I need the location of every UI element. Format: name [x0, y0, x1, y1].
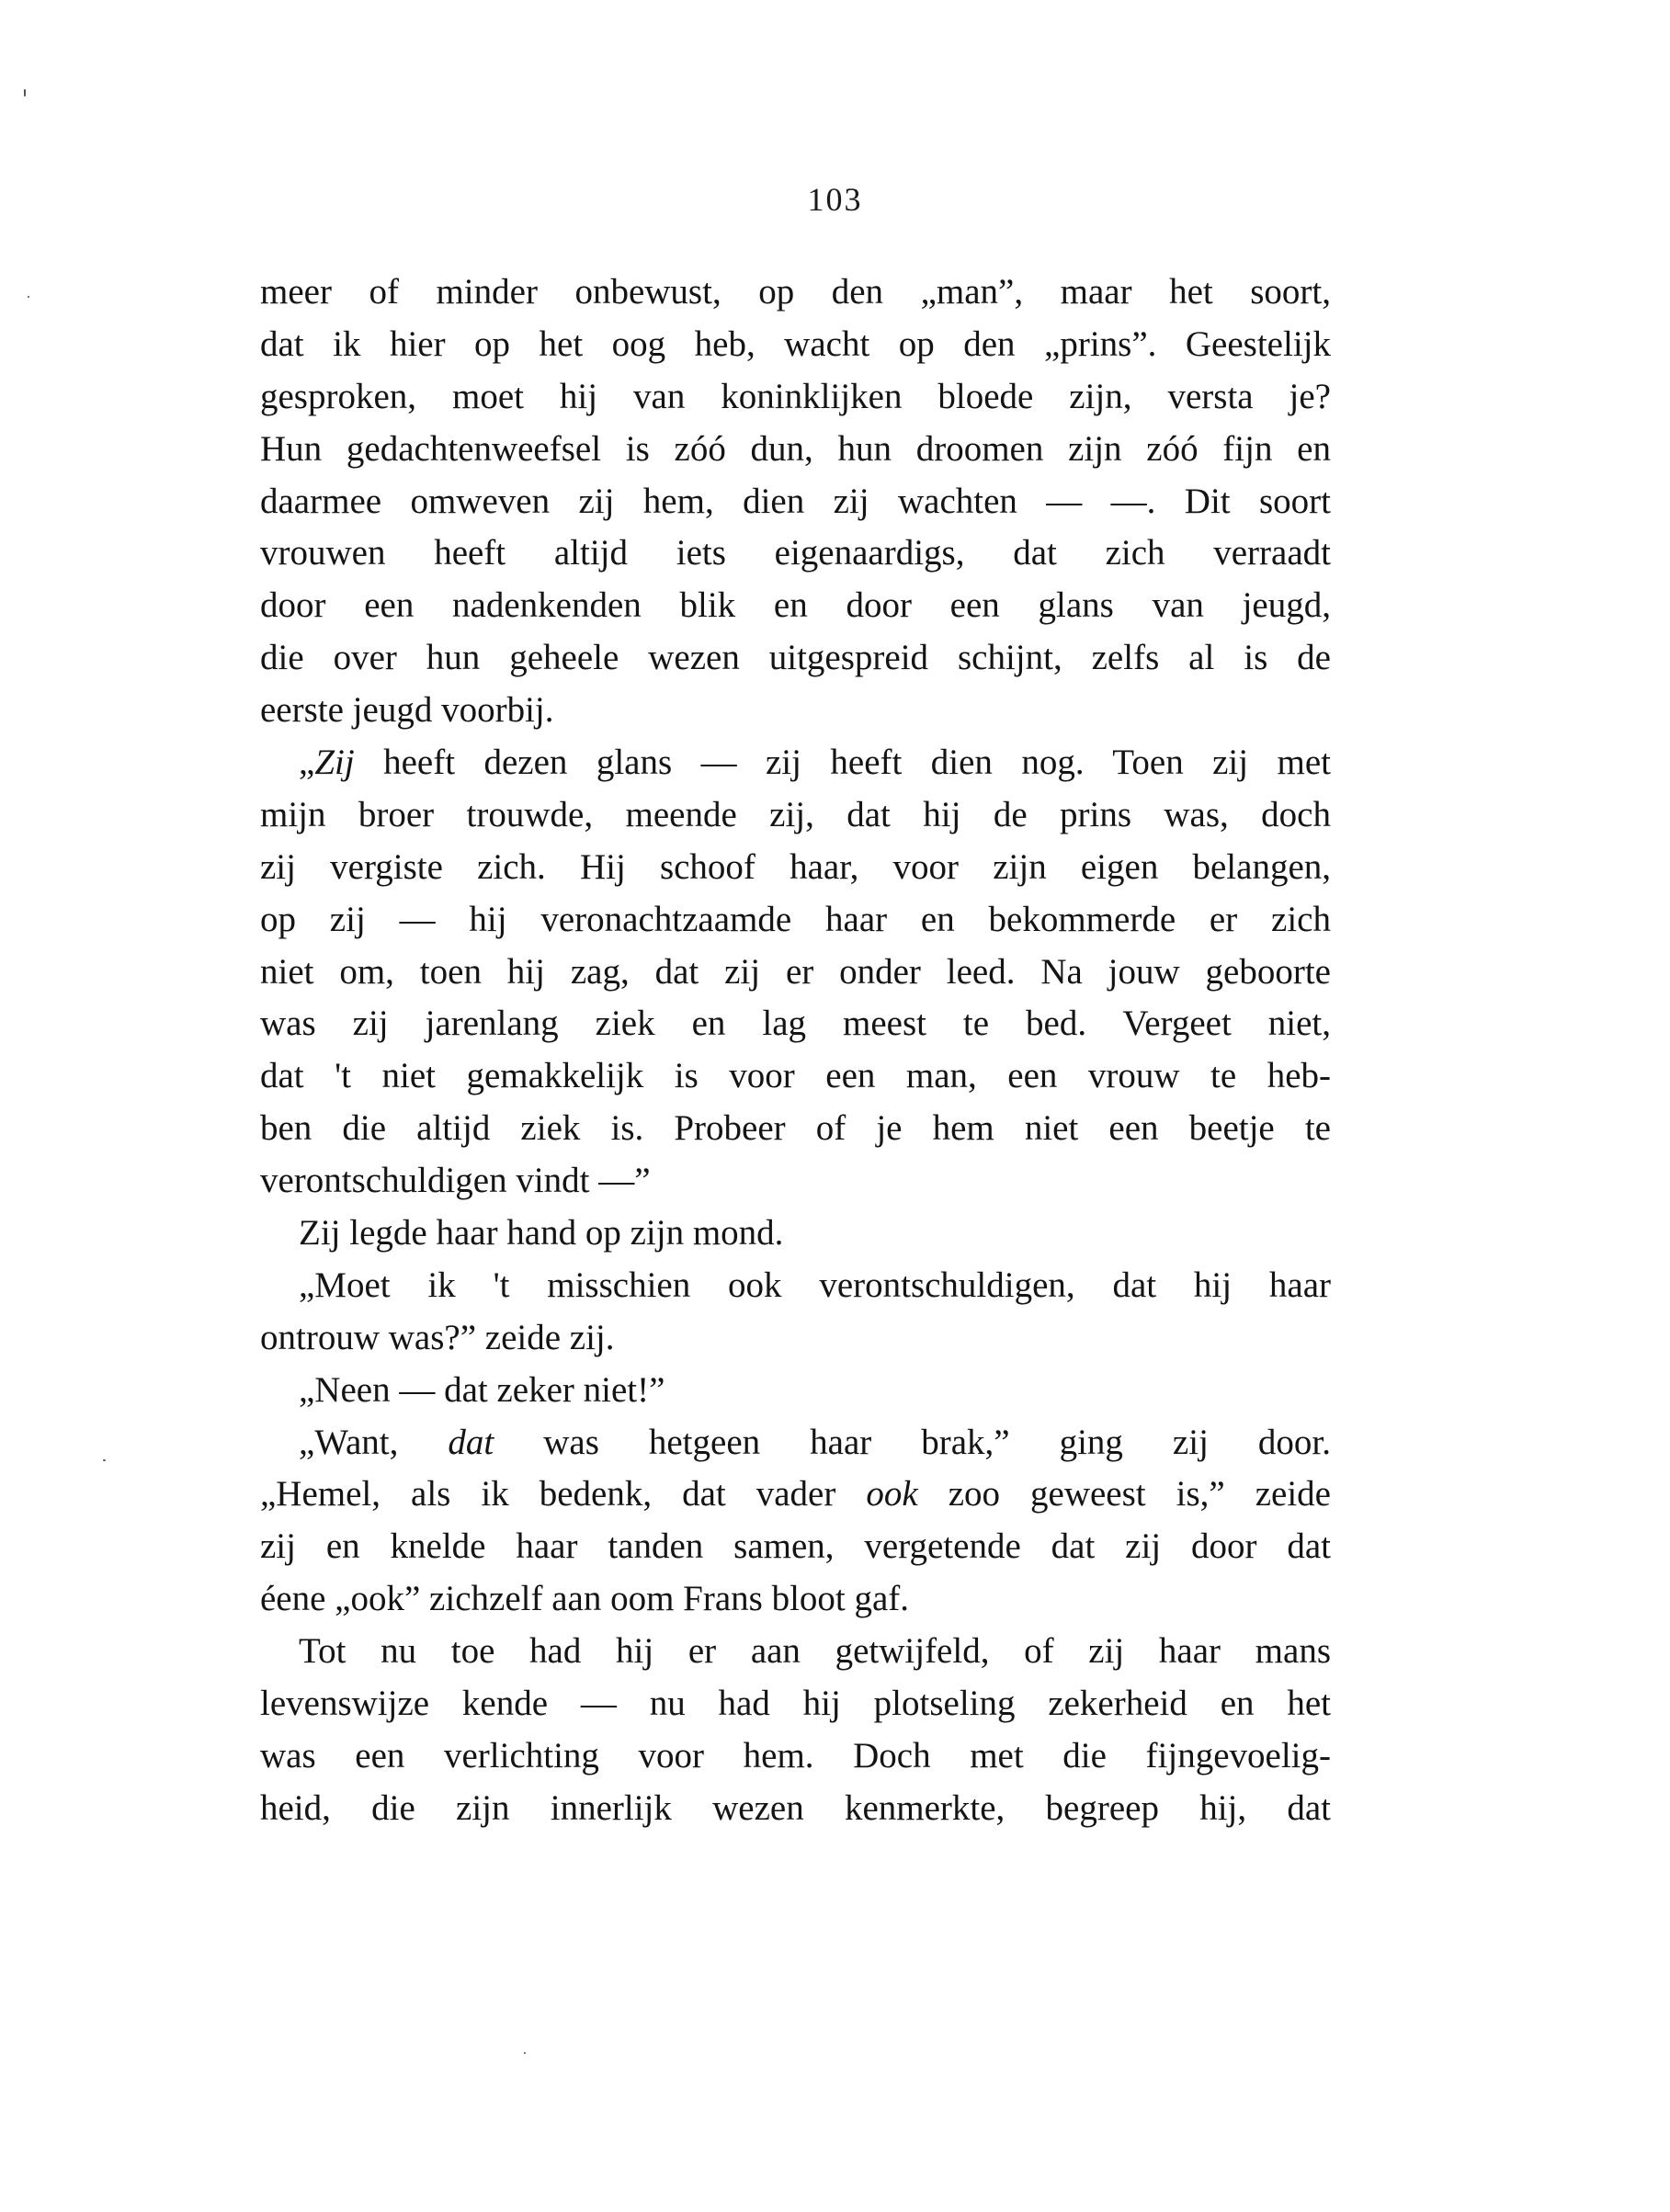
text-line: éene „ook” zichzelf aan oom Frans bloot … — [260, 1573, 1331, 1626]
text-line: levenswijze kende — nu had hij plotselin… — [260, 1678, 1331, 1730]
text-fragment: zoo geweest is,” zeide — [918, 1474, 1331, 1514]
text-line: daarmee omweven zij hem, dien zij wachte… — [260, 476, 1331, 528]
scan-speck — [24, 89, 26, 96]
text-fragment: „ — [299, 743, 314, 782]
text-line: Hun gedachtenweefsel is zóó dun, hun dro… — [260, 424, 1331, 476]
book-page: 103 meer of minder onbewust, op den „man… — [0, 0, 1670, 2212]
text-line: Zij legde haar hand op zijn mond. — [260, 1208, 1331, 1260]
body-text: meer of minder onbewust, op den „man”, m… — [260, 267, 1331, 1835]
text-line: „Moet ik 't misschien ook verontschuldig… — [260, 1260, 1331, 1312]
italic-text: dat — [448, 1423, 494, 1462]
page-number: 103 — [0, 180, 1670, 219]
text-line: gesproken, moet hij van koninklijken blo… — [260, 371, 1331, 424]
text-line: eerste jeugd voorbij. — [260, 685, 1331, 737]
text-fragment: was hetgeen haar brak,” ging zij door. — [494, 1423, 1331, 1462]
text-line: „Neen — dat zeker niet!” — [260, 1365, 1331, 1417]
text-line: „Want, dat was hetgeen haar brak,” ging … — [260, 1417, 1331, 1469]
text-line: mijn broer trouwde, meende zij, dat hij … — [260, 789, 1331, 842]
text-fragment: „Hemel, als ik bedenk, dat vader — [260, 1474, 866, 1514]
text-line: was zij jarenlang ziek en lag meest te b… — [260, 998, 1331, 1050]
text-line: dat 't niet gemakkelijk is voor een man,… — [260, 1050, 1331, 1103]
text-line: vrouwen heeft altijd iets eigenaardigs, … — [260, 527, 1331, 580]
text-line: dat ik hier op het oog heb, wacht op den… — [260, 319, 1331, 371]
text-line: heid, die zijn innerlijk wezen kenmerkte… — [260, 1783, 1331, 1835]
text-fragment: heeft dezen glans — zij heeft dien nog. … — [355, 743, 1331, 782]
text-line: meer of minder onbewust, op den „man”, m… — [260, 267, 1331, 319]
text-line: zij en knelde haar tanden samen, vergete… — [260, 1521, 1331, 1573]
text-line: ben die altijd ziek is. Probeer of je he… — [260, 1103, 1331, 1155]
text-fragment: „Want, — [299, 1423, 448, 1462]
text-line: „Zij heeft dezen glans — zij heeft dien … — [260, 737, 1331, 789]
text-line: op zij — hij veronachtzaamde haar en bek… — [260, 894, 1331, 947]
scan-speck — [524, 2052, 526, 2054]
text-line: die over hun geheele wezen uitgespreid s… — [260, 632, 1331, 685]
text-line: zij vergiste zich. Hij schoof haar, voor… — [260, 842, 1331, 894]
text-line: Tot nu toe had hij er aan getwijfeld, of… — [260, 1626, 1331, 1678]
text-line: „Hemel, als ik bedenk, dat vader ook zoo… — [260, 1469, 1331, 1521]
text-line: verontschuldigen vindt —” — [260, 1155, 1331, 1208]
scan-speck — [103, 1459, 106, 1461]
italic-text: ook — [866, 1474, 917, 1514]
text-line: ontrouw was?” zeide zij. — [260, 1312, 1331, 1365]
text-line: was een verlichting voor hem. Doch met d… — [260, 1730, 1331, 1783]
scan-speck — [28, 296, 29, 298]
text-line: door een nadenkenden blik en door een gl… — [260, 580, 1331, 632]
italic-text: Zij — [314, 743, 354, 782]
text-line: niet om, toen hij zag, dat zij er onder … — [260, 947, 1331, 999]
